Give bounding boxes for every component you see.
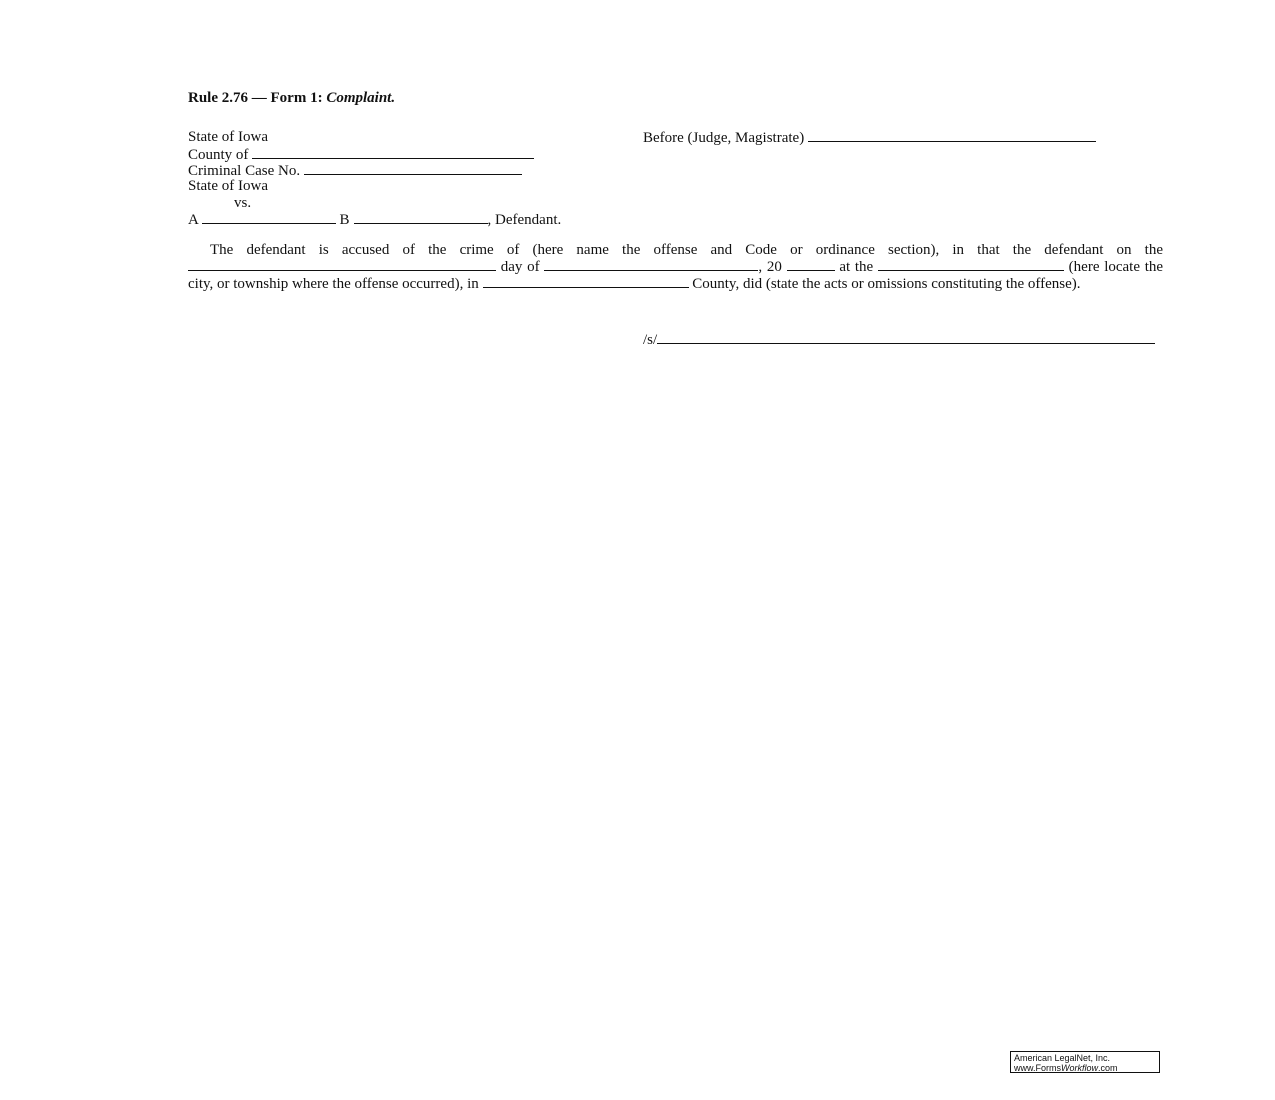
body-seg2: day of (501, 259, 540, 275)
footer-url-prefix: www.Forms (1014, 1063, 1061, 1073)
complaint-paragraph: The defendant is accused of the crime of… (188, 242, 1163, 292)
caption-state-2: State of Iowa (188, 178, 268, 194)
footer-branding: American LegalNet, Inc. www.FormsWorkflo… (1010, 1051, 1160, 1073)
party-b-blank[interactable] (354, 211, 488, 224)
footer-company: American LegalNet, Inc. (1014, 1053, 1156, 1063)
body-seg6: County, did (state the acts or omissions… (692, 276, 1080, 292)
before-label: Before (Judge, Magistrate) (643, 130, 804, 146)
signature-blank[interactable] (657, 331, 1155, 344)
footer-url-suffix: .com (1098, 1063, 1118, 1073)
signature-prefix: /s/ (643, 332, 657, 348)
body-seg1: The defendant is accused of the crime of… (210, 242, 1163, 258)
form-title-italic: Complaint. (326, 90, 395, 106)
county-name-blank[interactable] (483, 275, 689, 288)
month-blank[interactable] (544, 258, 758, 271)
county-label: County of (188, 147, 248, 163)
year-blank[interactable] (787, 258, 835, 271)
document-page: Rule 2.76 — Form 1: Complaint. State of … (0, 0, 1275, 1100)
county-blank[interactable] (252, 146, 534, 159)
day-blank[interactable] (188, 258, 496, 271)
case-number-label: Criminal Case No. (188, 163, 300, 179)
footer-url[interactable]: www.FormsWorkflow.com (1014, 1063, 1156, 1073)
party-a-label: A (188, 212, 198, 228)
caption-parties: A B, Defendant. (188, 211, 561, 228)
party-b-label: B (340, 212, 350, 228)
caption-county: County of (188, 146, 534, 163)
body-seg4: at the (839, 259, 873, 275)
caption-vs: vs. (234, 195, 251, 211)
form-title: Rule 2.76 — Form 1: Complaint. (188, 90, 395, 107)
location-blank[interactable] (878, 258, 1064, 271)
party-a-blank[interactable] (202, 211, 336, 224)
form-title-prefix: Rule 2.76 — Form 1: (188, 90, 323, 106)
footer-url-italic: Workflow (1061, 1063, 1098, 1073)
caption-case-number: Criminal Case No. (188, 162, 522, 179)
caption-state-1: State of Iowa (188, 129, 268, 145)
case-number-blank[interactable] (304, 162, 522, 175)
judge-blank[interactable] (808, 129, 1096, 142)
body-seg3: , 20 (758, 259, 781, 275)
defendant-suffix: , Defendant. (488, 212, 562, 228)
signature-line: /s/ (643, 331, 1155, 348)
caption-before-judge: Before (Judge, Magistrate) (643, 129, 1096, 146)
